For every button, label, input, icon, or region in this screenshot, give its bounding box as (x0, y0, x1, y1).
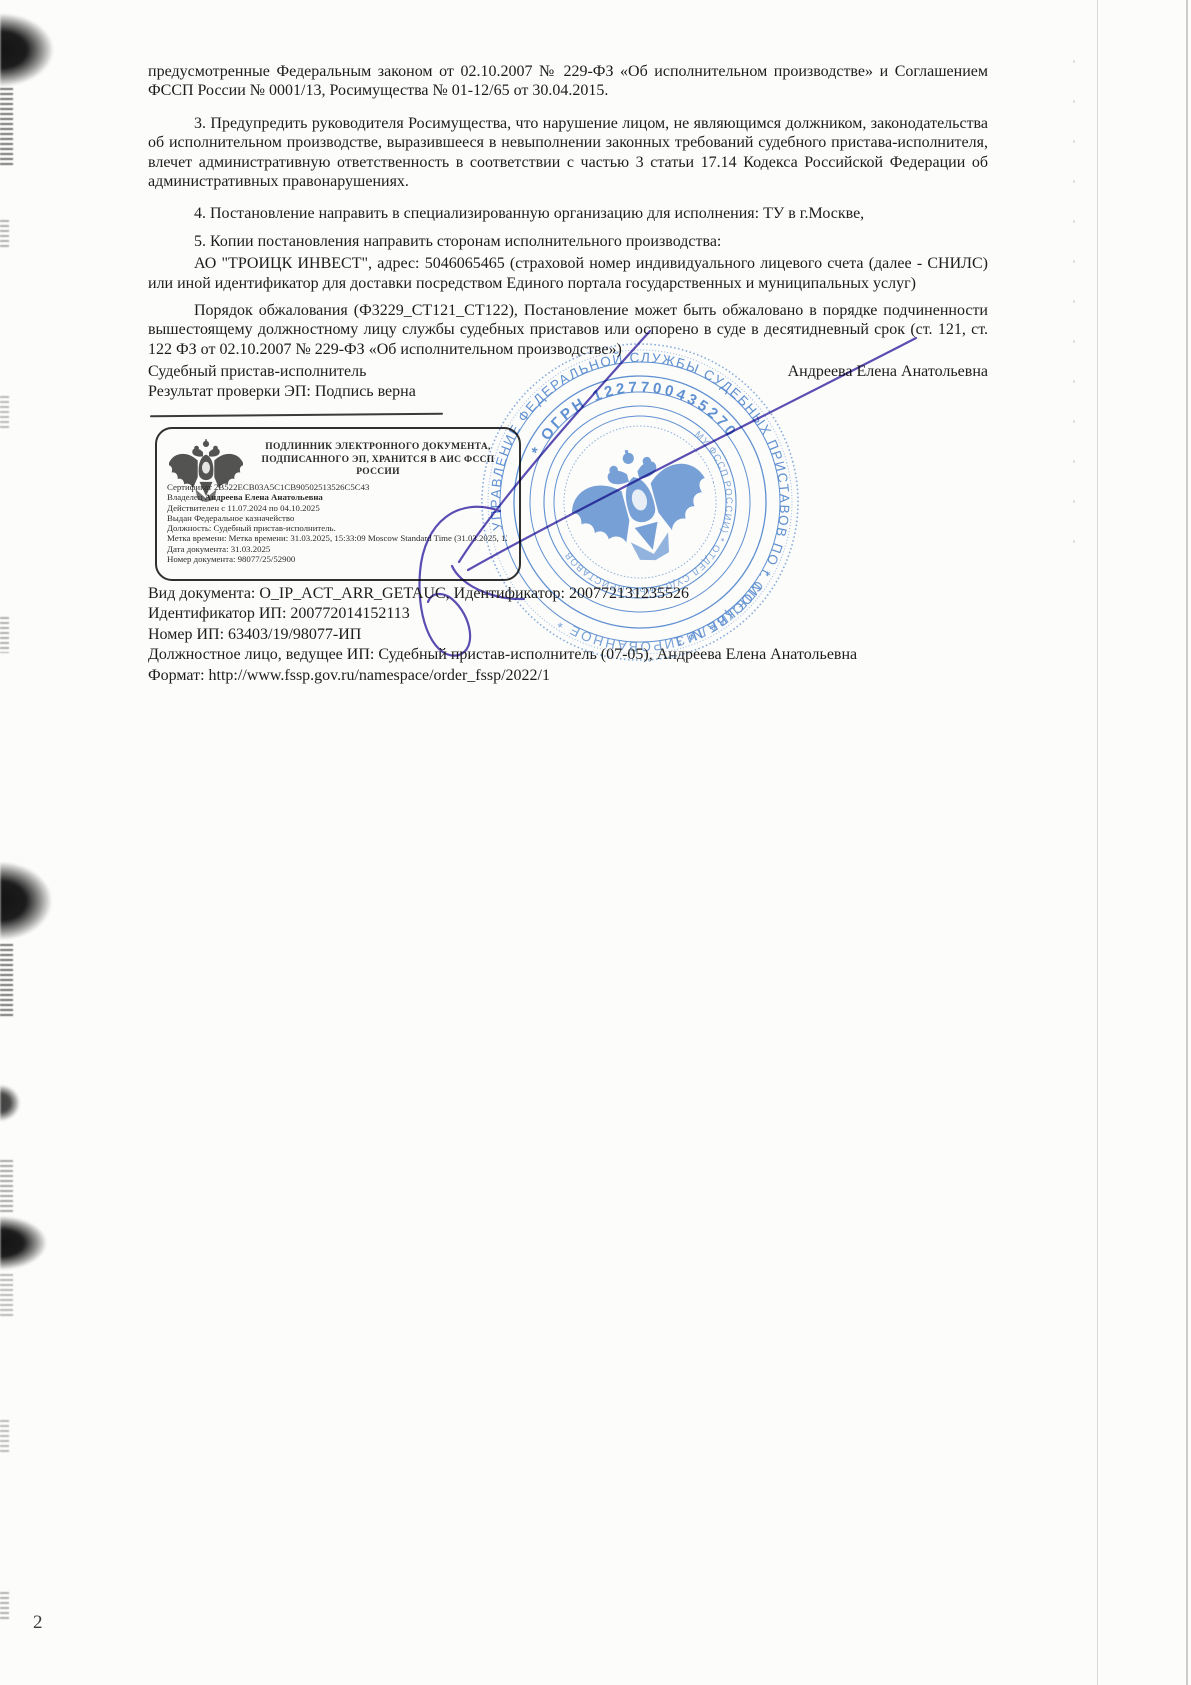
page-edge-shadow (1186, 0, 1188, 1685)
scan-streak (0, 1420, 9, 1452)
paragraph-intro: предусмотренные Федеральным законом от 0… (148, 62, 988, 101)
scan-blob-small (0, 1082, 24, 1124)
document-metadata: Вид документа: O_IP_ACT_ARR_GETAUC, Иден… (148, 584, 1008, 686)
scan-streak (0, 220, 9, 248)
owner-label: Владелец (167, 492, 203, 502)
doc-type-line: Вид документа: O_IP_ACT_ARR_GETAUC, Иден… (148, 584, 1008, 604)
scan-streak (0, 944, 13, 1016)
paragraph-4: 4. Постановление направить в специализир… (148, 204, 988, 223)
format-line: Формат: http://www.fssp.gov.ru/namespace… (148, 666, 1008, 686)
scan-streak (0, 88, 13, 166)
ip-id-line: Идентификатор ИП: 200772014152113 (148, 604, 1008, 624)
scan-streak (0, 617, 9, 653)
ip-number-line: Номер ИП: 63403/19/98077-ИП (148, 625, 1008, 645)
scan-blob-top (0, 8, 64, 92)
scan-streak (0, 1274, 13, 1316)
document-page: предусмотренные Федеральным законом от 0… (0, 0, 1191, 1685)
official-line: Должностное лицо, ведущее ИП: Судебный п… (148, 645, 1008, 665)
paragraph-addressee: АО "ТРОИЦК ИНВЕСТ", адрес: 5046065465 (с… (148, 254, 988, 293)
owner-value: Андреева Елена Анатольевна (205, 492, 323, 502)
scan-streak (0, 1592, 9, 1620)
scan-edge-line (1097, 0, 1098, 1685)
signer-title: Судебный пристав-исполнитель (148, 362, 366, 381)
page-number: 2 (33, 1612, 43, 1634)
scan-streak (0, 1160, 13, 1215)
scan-blob-lower (0, 1212, 56, 1274)
paragraph-3: 3. Предупредить руководителя Росимуществ… (148, 114, 988, 192)
certificate-label: Сертификат (167, 482, 212, 492)
certificate-value: 2B522ECB03A5C1CB90502513526C5C43 (214, 482, 369, 492)
paragraph-5: 5. Копии постановления направить сторона… (148, 232, 988, 251)
scan-streak (0, 396, 9, 428)
scan-blob-middle (0, 856, 62, 946)
scan-edge-marks (1073, 60, 1075, 580)
